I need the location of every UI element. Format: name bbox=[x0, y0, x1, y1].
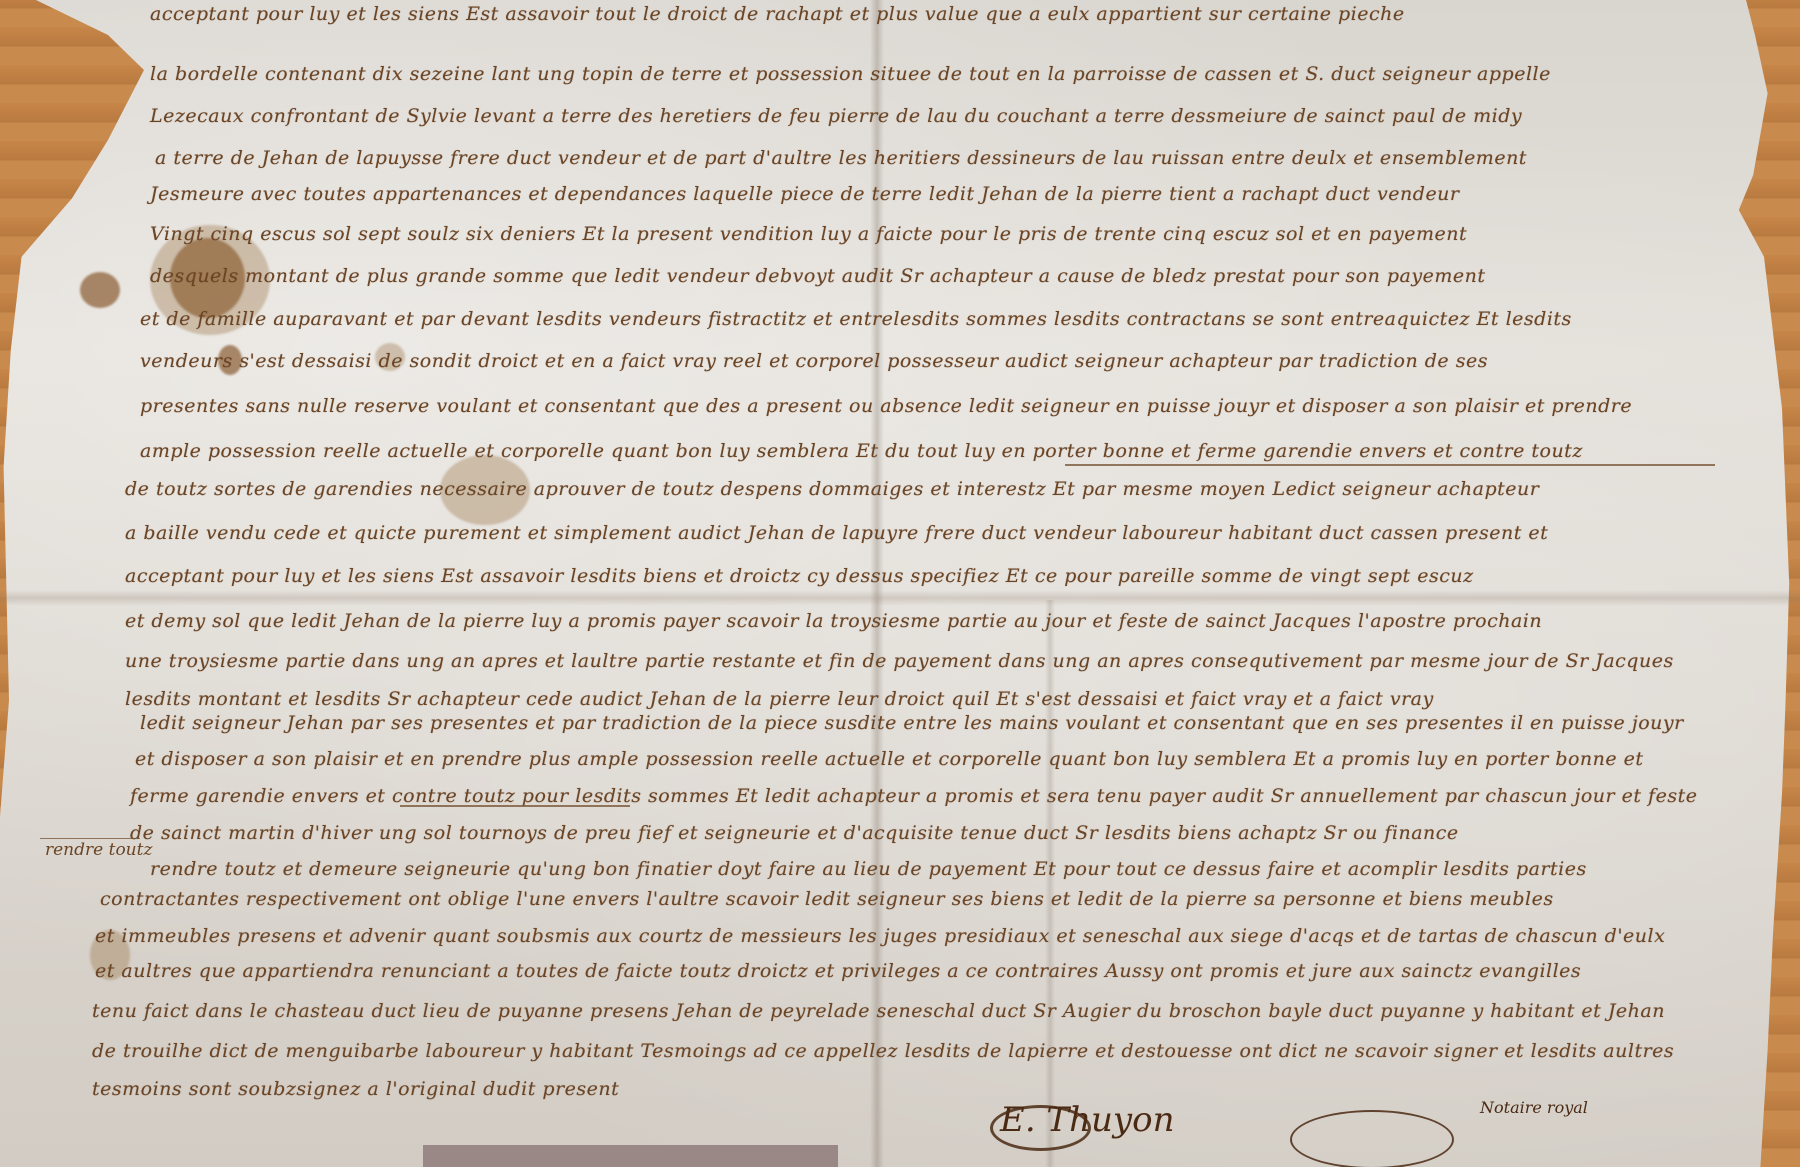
text-line: et aultres que appartiendra renunciant a… bbox=[95, 960, 1581, 982]
text-line: Vingt cinq escus sol sept soulz six deni… bbox=[150, 223, 1467, 245]
horizontal-fold-crease bbox=[0, 590, 1800, 606]
text-line: et de famille auparavant et par devant l… bbox=[140, 308, 1572, 330]
text-line: rendre toutz et demeure seigneurie qu'un… bbox=[150, 858, 1587, 880]
text-line: ample possession reelle actuelle et corp… bbox=[140, 440, 1583, 462]
text-line: contractantes respectivement ont oblige … bbox=[100, 888, 1554, 910]
ruled-underline bbox=[400, 805, 630, 807]
text-line: la bordelle contenant dix sezeine lant u… bbox=[150, 63, 1551, 85]
text-line: Jesmeure avec toutes appartenances et de… bbox=[150, 183, 1460, 205]
text-line: desquels montant de plus grande somme qu… bbox=[150, 265, 1485, 287]
notary-signature: Notaire royal bbox=[1480, 1098, 1588, 1117]
margin-note-rule bbox=[40, 838, 140, 839]
text-line: et immeubles presens et advenir quant so… bbox=[95, 925, 1665, 947]
text-line: a baille vendu cede et quicte purement e… bbox=[125, 522, 1548, 544]
vertical-fold-crease-lower bbox=[1045, 600, 1055, 1167]
text-line: Lezecaux confrontant de Sylvie levant a … bbox=[150, 105, 1522, 127]
text-line: vendeurs s'est dessaisi de sondit droict… bbox=[140, 350, 1488, 372]
text-line: de sainct martin d'hiver ung sol tournoy… bbox=[130, 822, 1459, 844]
text-line: de trouilhe dict de menguibarbe laboureu… bbox=[92, 1040, 1674, 1062]
text-line: tenu faict dans le chasteau duct lieu de… bbox=[92, 1000, 1665, 1022]
text-line: et demy sol que ledit Jehan de la pierre… bbox=[125, 610, 1542, 632]
ruled-underline bbox=[1065, 464, 1715, 466]
ink-stain bbox=[80, 272, 120, 308]
redaction-box bbox=[423, 1145, 838, 1167]
text-line: presentes sans nulle reserve voulant et … bbox=[140, 395, 1632, 417]
text-line: et disposer a son plaisir et en prendre … bbox=[135, 748, 1644, 770]
text-line: acceptant pour luy et les siens Est assa… bbox=[150, 3, 1405, 25]
text-line: lesdits montant et lesdits Sr achapteur … bbox=[125, 688, 1434, 710]
text-line: acceptant pour luy et les siens Est assa… bbox=[125, 565, 1474, 587]
text-line: une troysiesme partie dans ung an apres … bbox=[125, 650, 1674, 672]
text-line: de toutz sortes de garendies necessaire … bbox=[125, 478, 1539, 500]
text-line: ferme garendie envers et contre toutz po… bbox=[130, 785, 1697, 807]
text-line: ledit seigneur Jehan par ses presentes e… bbox=[140, 712, 1684, 734]
margin-note: rendre toutz bbox=[45, 840, 152, 860]
signature: E. Thuyon bbox=[1000, 1100, 1174, 1140]
text-line: tesmoins sont soubzsignez a l'original d… bbox=[92, 1078, 619, 1100]
signature-paraph bbox=[1290, 1110, 1454, 1167]
text-line: a terre de Jehan de lapuysse frere duct … bbox=[155, 147, 1527, 169]
